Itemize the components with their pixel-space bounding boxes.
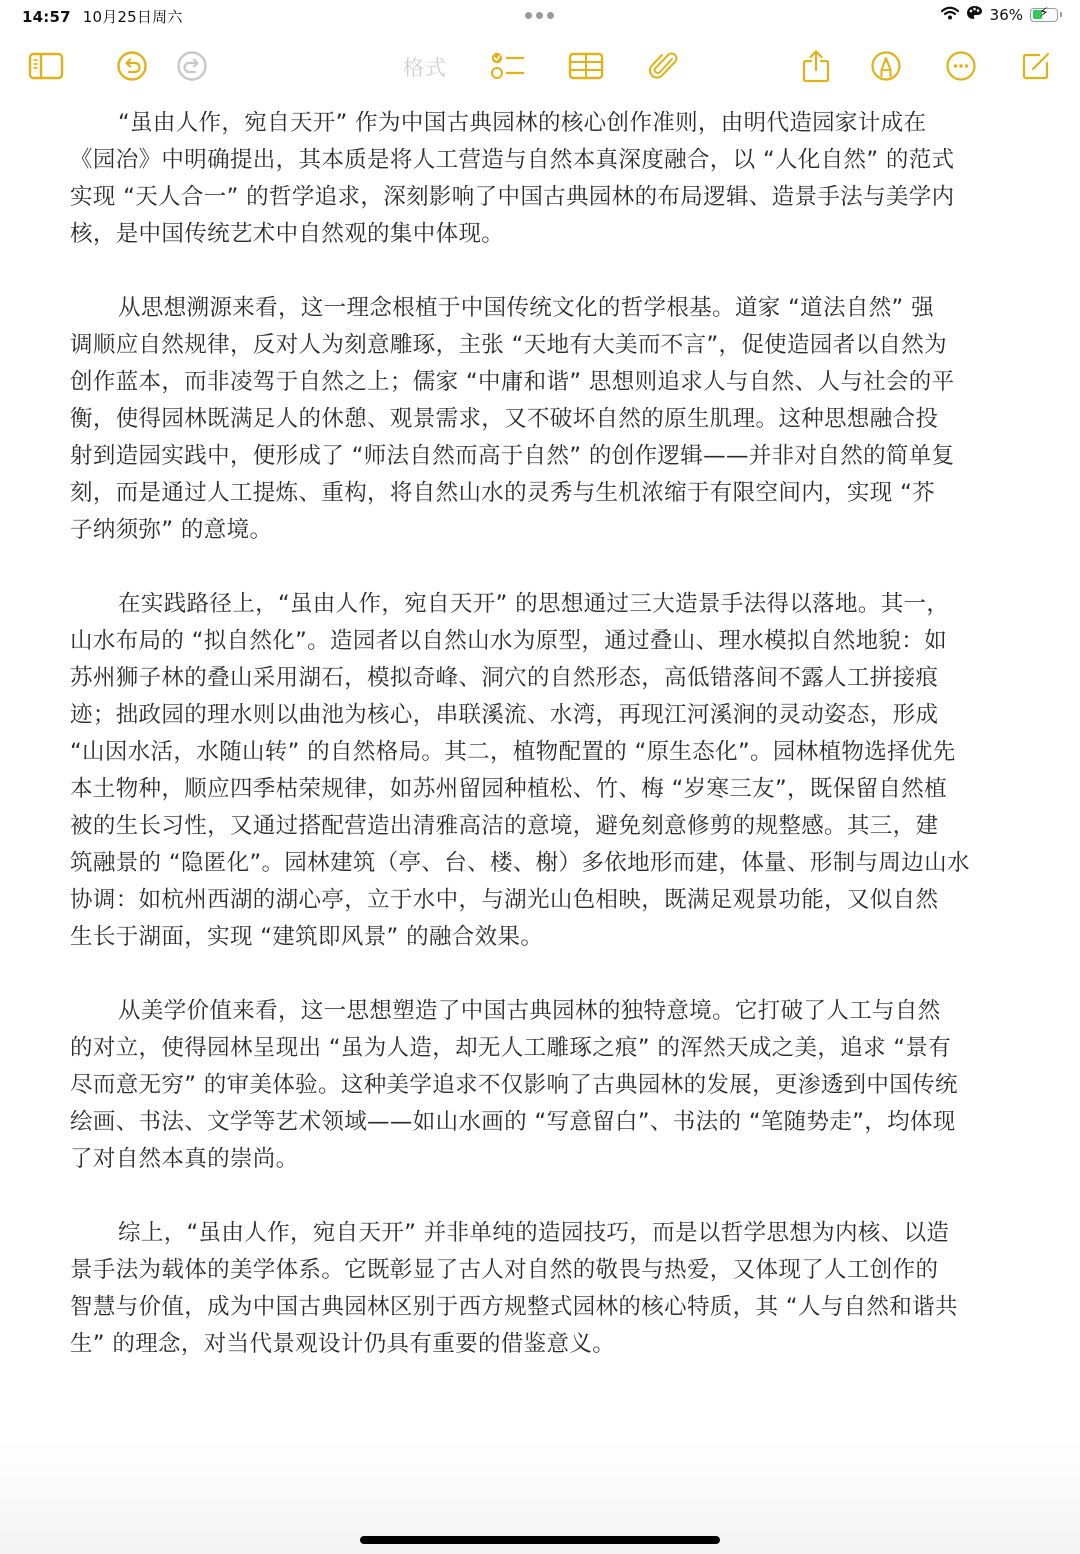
markup-button[interactable] (866, 46, 906, 86)
text-line: 刻，而是通过人工提炼、重构，将自然山水的灵秀与生机浓缩于有限空间内，实现 “芥 (70, 475, 1020, 512)
battery-icon: ⚡ (1030, 8, 1058, 22)
text-line: 从思想溯源来看，这一理念根植于中国传统文化的哲学根基。道家 “道法自然” 强 (70, 290, 1020, 327)
text-line: 智慧与价值，成为中国古典园林区别于西方规整式园林的核心特质，其 “人与自然和谐共 (70, 1289, 1020, 1326)
focus-icon (966, 5, 983, 24)
attachment-button[interactable] (644, 46, 684, 86)
format-button[interactable]: 格式 (403, 52, 447, 82)
dot (525, 12, 532, 19)
status-indicators: 36% ⚡ (941, 5, 1058, 24)
text-line: 尽而意无穷” 的审美体验。这种美学追求不仅影响了古典园林的发展，更渗透到中国传统 (70, 1067, 1020, 1104)
paperclip-icon (648, 50, 680, 82)
charging-bolt-icon: ⚡ (1039, 6, 1049, 20)
text-line: 绘画、书法、文学等艺术领域——如山水画的 “写意留白”、书法的 “笔随势走”，均… (70, 1104, 1020, 1141)
note-text-editor[interactable]: “虽由人作，宛自天开” 作为中国古典园林的核心创作准则，由明代造园家计成在 《园… (70, 105, 1020, 1400)
dot (547, 12, 554, 19)
text-line: 调顺应自然规律，反对人为刻意雕琢，主张 “天地有大美而不言”，促使造园者以自然为 (70, 327, 1020, 364)
text-line: 综上，“虽由人作，宛自天开” 并非单纯的造园技巧，而是以哲学思想为内核、以造 (70, 1215, 1020, 1252)
paragraph-2: 从思想溯源来看，这一理念根植于中国传统文化的哲学根基。道家 “道法自然” 强 调… (70, 290, 1020, 549)
text-line: 《园冶》中明确提出，其本质是将人工营造与自然本真深度融合，以 “人化自然” 的范… (70, 142, 1020, 179)
text-line: 的对立，使得园林呈现出 “虽为人造，却无人工雕琢之痕” 的浑然天成之美，追求 “… (70, 1030, 1020, 1067)
checklist-icon (490, 51, 526, 81)
paragraph-3: 在实践路径上，“虽由人作，宛自天开” 的思想通过三大造景手法得以落地。其一， 山… (70, 586, 1020, 956)
paragraph-1: “虽由人作，宛自天开” 作为中国古典园林的核心创作准则，由明代造园家计成在 《园… (70, 105, 1020, 253)
text-line: 生” 的理念，对当代景观设计仍具有重要的借鉴意义。 (70, 1326, 1020, 1363)
compose-icon (1020, 50, 1052, 82)
text-line: 生长于湖面，实现 “建筑即风景” 的融合效果。 (70, 919, 1020, 956)
text-line: 从美学价值来看，这一思想塑造了中国古典园林的独特意境。它打破了人工与自然 (70, 993, 1020, 1030)
table-button[interactable] (566, 46, 606, 86)
status-date: 10月25日周六 (83, 8, 183, 26)
dot (536, 12, 543, 19)
text-line: 核，是中国传统艺术中自然观的集中体现。 (70, 216, 1020, 253)
redo-icon (176, 50, 208, 82)
text-line: “虽由人作，宛自天开” 作为中国古典园林的核心创作准则，由明代造园家计成在 (70, 105, 1020, 142)
text-line: 创作蓝本，而非凌驾于自然之上；儒家 “中庸和谐” 思想则追求人与自然、人与社会的… (70, 364, 1020, 401)
home-indicator[interactable] (360, 1536, 720, 1544)
undo-button[interactable] (112, 46, 152, 86)
text-line: 本土物种，顺应四季枯荣规律，如苏州留园种植松、竹、梅 “岁寒三友”，既保留自然植 (70, 771, 1020, 808)
text-line: 协调：如杭州西湖的湖心亭，立于水中，与湖光山色相映，既满足观景功能，又似自然 (70, 882, 1020, 919)
status-bar: 14:5710月25日周六 (0, 0, 1080, 32)
multitasking-handle[interactable] (525, 12, 554, 19)
text-line: 在实践路径上，“虽由人作，宛自天开” 的思想通过三大造景手法得以落地。其一， (70, 586, 1020, 623)
share-button[interactable] (796, 46, 836, 86)
text-line: 山水布局的 “拟自然化”。造园者以自然山水为原型，通过叠山、理水模拟自然地貌：如 (70, 623, 1020, 660)
text-line: 实现 “天人合一” 的哲学追求，深刻影响了中国古典园林的布局逻辑、造景手法与美学… (70, 179, 1020, 216)
undo-icon (116, 50, 148, 82)
wifi-icon (941, 6, 959, 24)
text-line: 筑融景的 “隐匿化”。园林建筑（亭、台、楼、榭）多依地形而建，体量、形制与周边山… (70, 845, 1020, 882)
share-icon (801, 49, 831, 83)
text-line: 迹；拙政园的理水则以曲池为核心，串联溪流、水湾，再现江河溪涧的灵动姿态，形成 (70, 697, 1020, 734)
paragraph-5: 综上，“虽由人作，宛自天开” 并非单纯的造园技巧，而是以哲学思想为内核、以造 景… (70, 1215, 1020, 1363)
text-line: 苏州狮子林的叠山采用湖石，模拟奇峰、洞穴的自然形态，高低错落间不露人工拼接痕 (70, 660, 1020, 697)
new-note-button[interactable] (1016, 46, 1056, 86)
text-line: 了对自然本真的崇尚。 (70, 1141, 1020, 1178)
more-button[interactable] (941, 46, 981, 86)
notes-toolbar: 格式 (0, 40, 1080, 92)
sidebar-toggle-button[interactable] (26, 46, 66, 86)
text-line: 被的生长习性，又通过搭配营造出清雅高洁的意境，避免刻意修剪的规整感。其三，建 (70, 808, 1020, 845)
text-line: 衡，使得园林既满足人的休憩、观景需求，又不破坏自然的原生肌理。这种思想融合投 (70, 401, 1020, 438)
sidebar-icon (28, 52, 64, 80)
table-icon (568, 52, 604, 80)
status-time: 14:57 (22, 8, 71, 26)
text-line: 子纳须弥” 的意境。 (70, 512, 1020, 549)
text-line: “山因水活，水随山转” 的自然格局。其二，植物配置的 “原生态化”。园林植物选择… (70, 734, 1020, 771)
ellipsis-icon (945, 50, 977, 82)
redo-button[interactable] (172, 46, 212, 86)
text-line: 景手法为载体的美学体系。它既彰显了古人对自然的敬畏与热爱，又体现了人工创作的 (70, 1252, 1020, 1289)
pen-markup-icon (870, 50, 902, 82)
paragraph-4: 从美学价值来看，这一思想塑造了中国古典园林的独特意境。它打破了人工与自然 的对立… (70, 993, 1020, 1178)
status-time-date: 14:5710月25日周六 (22, 6, 183, 27)
battery-percent: 36% (990, 6, 1023, 24)
text-line: 射到造园实践中，便形成了 “师法自然而高于自然” 的创作逻辑——并非对自然的简单… (70, 438, 1020, 475)
notes-app-screen: 14:5710月25日周六 (0, 0, 1080, 1554)
checklist-button[interactable] (488, 46, 528, 86)
